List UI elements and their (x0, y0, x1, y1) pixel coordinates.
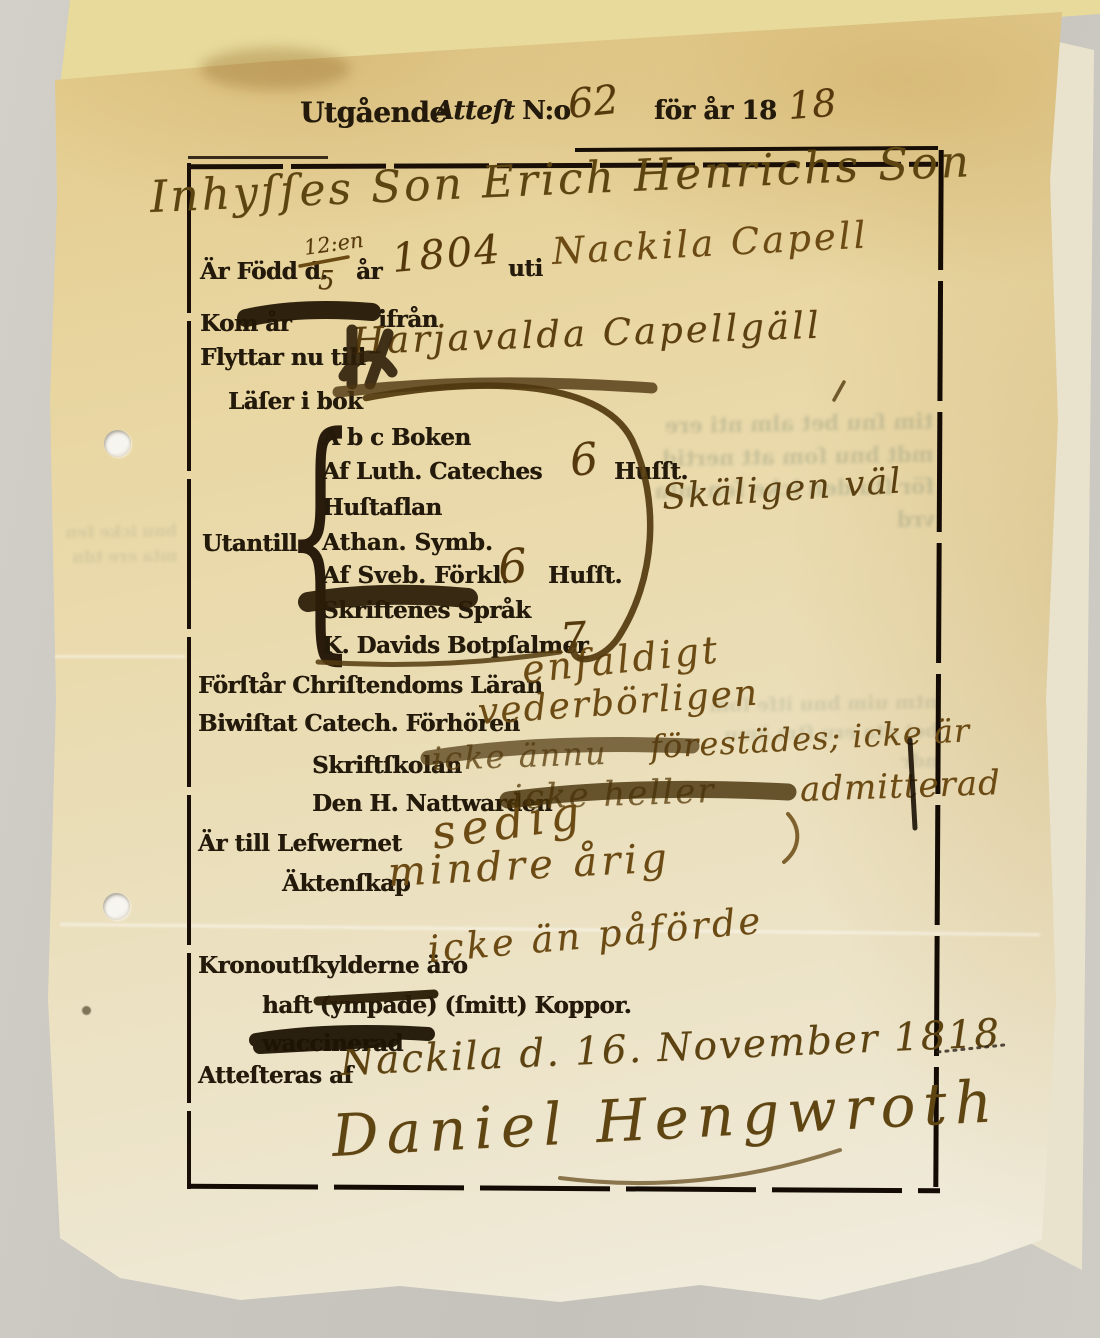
title-utgaende: Utgående (300, 96, 447, 129)
book-athan-symb: Athan. Symb. (322, 529, 493, 556)
title-attest: Atteſt (434, 96, 514, 126)
koppor-line: haft (ympade) (ſmitt) Koppor. (262, 992, 631, 1019)
punch-hole-top (104, 430, 131, 457)
book-hustaflan: Huſtaflan (322, 494, 442, 521)
koppor-post: ) (ſmitt) Koppor. (426, 992, 631, 1019)
book-cateches: Af Luth. Cateches (322, 458, 542, 485)
krono-label: Kronoutſkylderne äro (198, 952, 467, 979)
born-year-handwritten: 1804 (390, 227, 503, 282)
title-no-label: N:o (522, 96, 570, 126)
flyttar-label: Flyttar nu till (200, 344, 366, 371)
book-abc: A b c Boken (322, 424, 471, 451)
born-uti-label: uti (508, 255, 543, 282)
koppor-ympade-struck: ympade (330, 992, 426, 1019)
born-month-handwritten: 5 (318, 266, 335, 296)
nattwarden-value-handwritten: admitterad (799, 763, 1001, 810)
book-sveb-suffix: Huſſt. (548, 562, 622, 589)
born-label: Är Född d. (200, 258, 328, 285)
born-year-label: år (356, 258, 382, 285)
attest-year-handwritten: 18 (786, 81, 837, 128)
attest-number-handwritten: 62 (566, 77, 621, 128)
scanned-document: tim ſnu bet alm nti ere mdt bnu ſom att … (0, 0, 1100, 1338)
title-year-label: för år 18 (654, 96, 777, 126)
attesteras-label: Atteſteras af (198, 1062, 353, 1089)
punch-hole-bottom (103, 893, 130, 920)
lefwernet-label: Är till Lefwernet (198, 830, 402, 857)
book-cateches-count-handwritten: 6 (567, 433, 600, 487)
koppor-pre: haft ( (262, 992, 330, 1019)
biwistat-label: Biwiſtat Catech. Förhören (198, 710, 520, 737)
book-sveb-count-handwritten: 6 (496, 538, 530, 594)
book-sveb-forkl: Af Sveb. Förkl. (322, 562, 509, 589)
skriftskolan-struck-handwritten: icke ännu (431, 734, 608, 778)
kom-ar-label: Kom år (200, 310, 291, 337)
utantill-label: Utantill (202, 530, 297, 557)
book-skriftenes-sprak: Skriftenes Språk (322, 597, 531, 624)
